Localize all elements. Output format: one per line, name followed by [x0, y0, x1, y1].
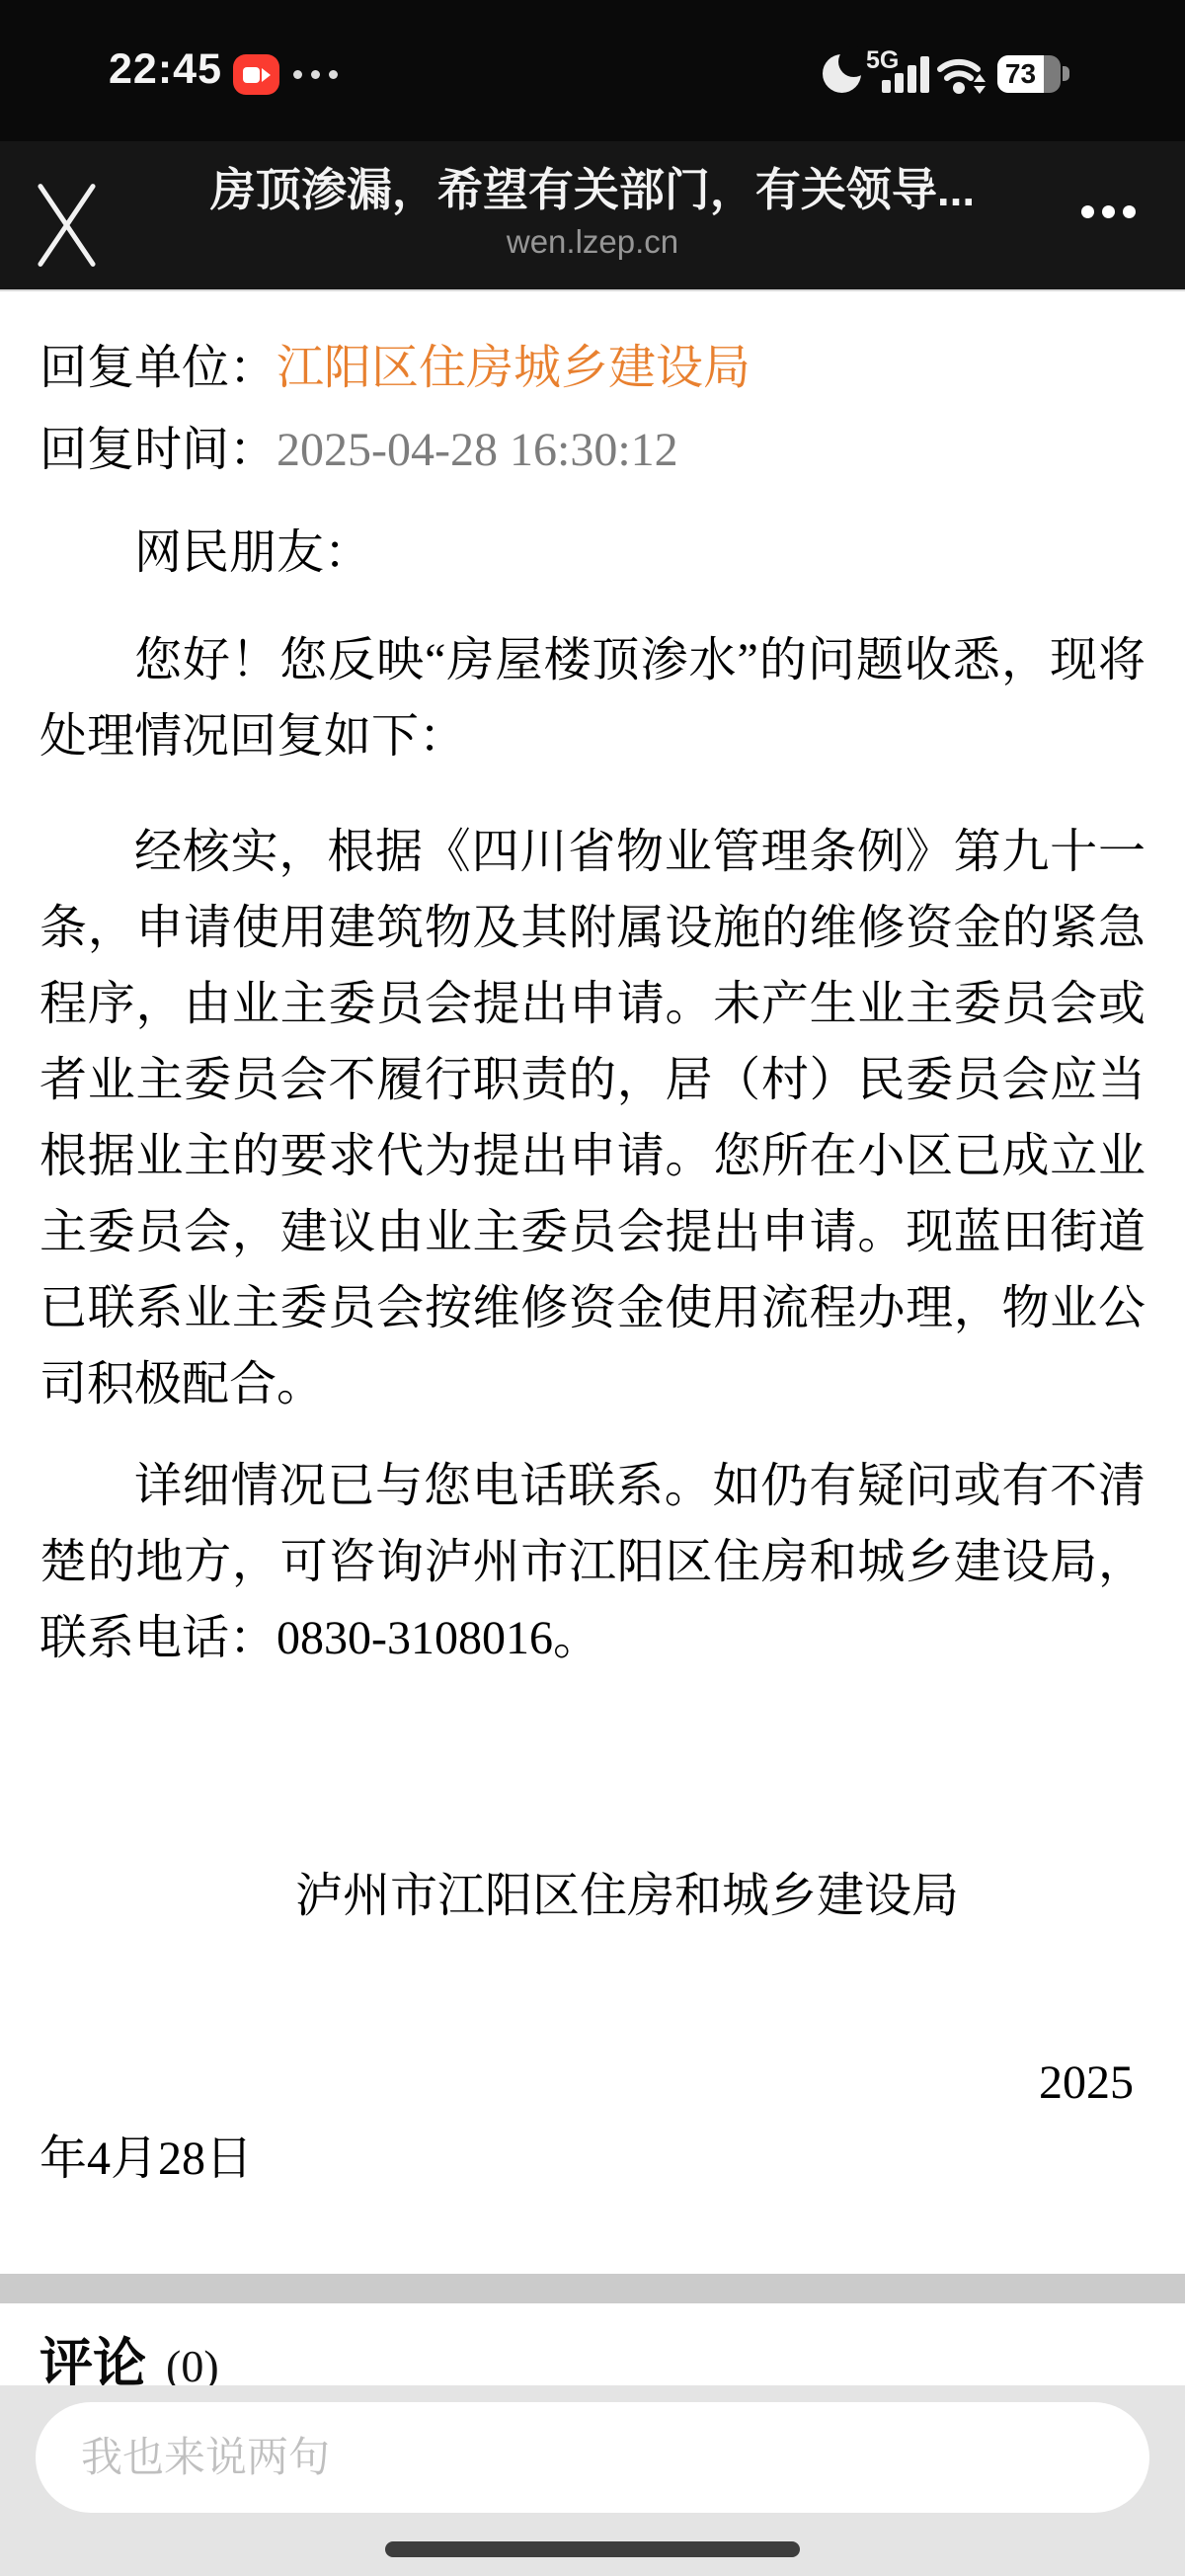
comments-heading-label: 评论 — [39, 2334, 146, 2393]
signature-line: 泸州市江阳区住房和城乡建设局 — [39, 1858, 1145, 1934]
webview-header: 房顶渗漏，希望有关部门，有关领导... wen.lzep.cn — [0, 141, 1185, 291]
salutation: 网民朋友： — [39, 515, 1145, 591]
signal-bars-icon — [882, 56, 929, 93]
comment-input[interactable] — [36, 2402, 1149, 2513]
video-recording-icon — [233, 54, 279, 95]
page-title: 房顶渗漏，希望有关部门，有关领导... — [143, 162, 1042, 217]
status-bar: 22:45 5G 73 — [0, 0, 1185, 141]
comments-count: (0) — [166, 2341, 219, 2391]
battery-icon: 73 — [997, 55, 1061, 93]
paragraph-1: 您好！您反映“房屋楼顶渗水”的问题收悉，现将处理情况回复如下： — [39, 622, 1145, 774]
close-icon — [36, 183, 97, 268]
page-url: wen.lzep.cn — [143, 221, 1042, 263]
reply-time-row: 回复时间：2025-04-28 16:30:12 — [39, 409, 1145, 491]
reply-unit-label: 回复单位： — [39, 342, 276, 394]
more-options-button[interactable] — [1081, 205, 1136, 218]
battery-level: 73 — [997, 55, 1044, 93]
paragraph-3: 详细情况已与您电话联系。如仍有疑问或有不清楚的地方，可咨询泸州市江阳区住房和城乡… — [39, 1448, 1145, 1676]
reply-unit-link[interactable]: 江阳区住房城乡建设局 — [276, 342, 750, 394]
camera-body-shape — [243, 67, 260, 83]
moon-icon — [823, 54, 861, 93]
camera-lens-shape — [262, 68, 271, 82]
header-title-wrap: 房顶渗漏，希望有关部门，有关领导... wen.lzep.cn — [143, 162, 1042, 263]
status-time: 22:45 — [109, 45, 222, 94]
date-line-1: 2025 — [39, 2045, 1145, 2121]
screen: 22:45 5G 73 房顶渗漏，希望有关部门，有关领导. — [0, 0, 1185, 2576]
wifi-icon — [936, 54, 987, 96]
article-content: 回复单位：江阳区住房城乡建设局 回复时间：2025-04-28 16:30:12… — [0, 291, 1185, 2576]
reply-time-label: 回复时间： — [39, 424, 276, 476]
comment-input-pill[interactable] — [36, 2402, 1149, 2513]
section-divider — [0, 2274, 1185, 2303]
paragraph-2: 经核实，根据《四川省物业管理条例》第九十一条，申请使用建筑物及其附属设施的维修资… — [39, 814, 1145, 1422]
battery-nub — [1063, 66, 1069, 81]
more-options-icon — [1081, 205, 1094, 218]
more-dots-icon — [293, 70, 338, 79]
comment-bar — [0, 2385, 1185, 2576]
reply-time-value: 2025-04-28 16:30:12 — [276, 424, 678, 476]
close-button[interactable] — [36, 183, 97, 268]
date-line-2: 年4月28日 — [39, 2121, 1145, 2197]
home-indicator[interactable] — [385, 2541, 800, 2557]
reply-unit-row: 回复单位：江阳区住房城乡建设局 — [39, 327, 1145, 409]
